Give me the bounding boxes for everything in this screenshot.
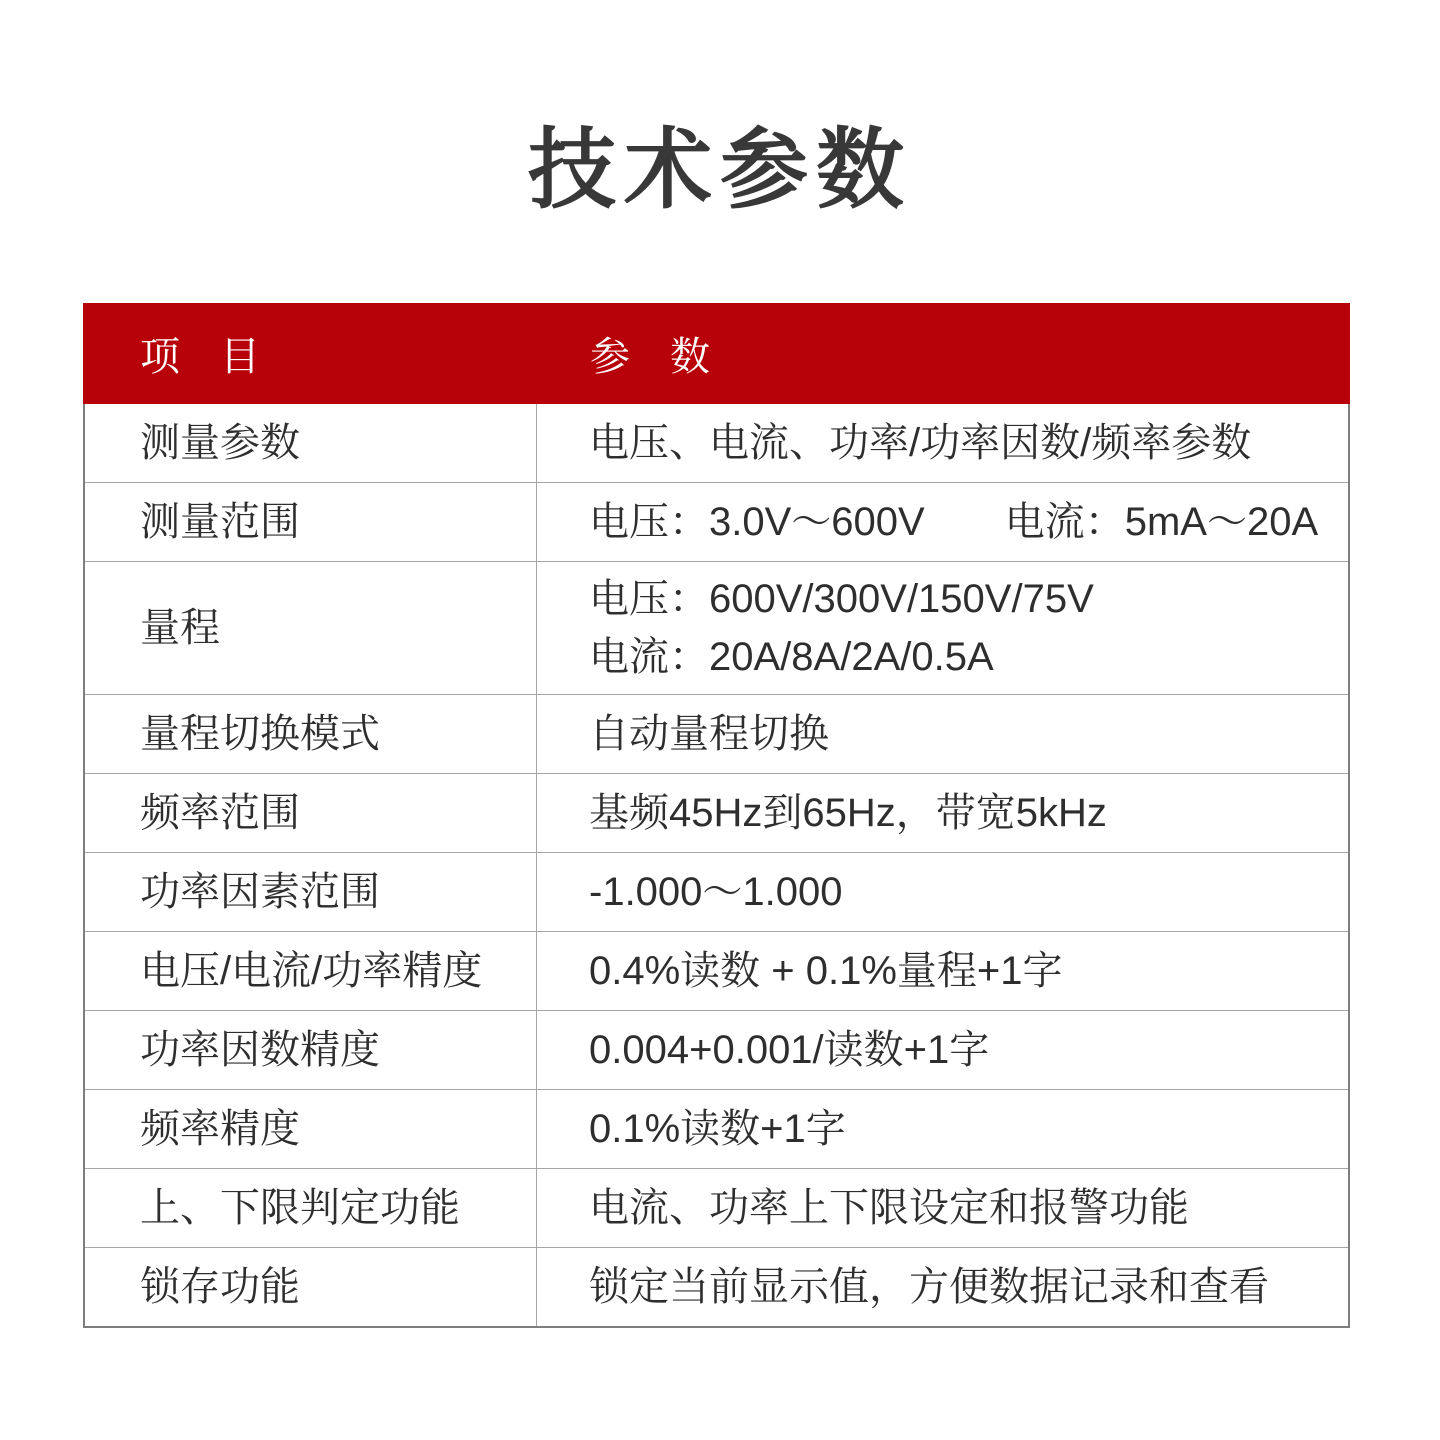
header-cell-item: 项 目: [83, 325, 537, 382]
item-cell: 频率精度: [85, 1090, 537, 1168]
item-cell: 量程: [85, 562, 537, 694]
item-cell: 电压/电流/功率精度: [85, 932, 537, 1010]
item-cell: 量程切换模式: [85, 695, 537, 773]
param-cell: 电压：3.0V～600V 电流：5mA～20A: [537, 483, 1348, 561]
param-cell: 0.4%读数 + 0.1%量程+1字: [537, 932, 1348, 1010]
table-row: 功率因数精度0.004+0.001/读数+1字: [85, 1011, 1348, 1090]
item-cell: 测量参数: [85, 404, 537, 482]
table-row: 频率精度0.1%读数+1字: [85, 1090, 1348, 1169]
spec-sheet-page: 技术参数 项 目 参 数 测量参数电压、电流、功率/功率因数/频率参数测量范围电…: [0, 0, 1440, 1440]
param-cell: 自动量程切换: [537, 695, 1348, 773]
param-cell: 锁定当前显示值，方便数据记录和查看: [537, 1248, 1348, 1326]
param-cell: 电压：600V/300V/150V/75V 电流：20A/8A/2A/0.5A: [537, 562, 1348, 694]
param-cell: 电压、电流、功率/功率因数/频率参数: [537, 404, 1348, 482]
table-row: 功率因素范围-1.000～1.000: [85, 853, 1348, 932]
item-cell: 锁存功能: [85, 1248, 537, 1326]
table-body: 测量参数电压、电流、功率/功率因数/频率参数测量范围电压：3.0V～600V 电…: [83, 404, 1350, 1328]
table-row: 量程切换模式自动量程切换: [85, 695, 1348, 774]
table-header-row: 项 目 参 数: [83, 303, 1350, 404]
param-cell: 0.004+0.001/读数+1字: [537, 1011, 1348, 1089]
item-cell: 上、下限判定功能: [85, 1169, 537, 1247]
header-cell-param: 参 数: [537, 325, 1350, 382]
spec-table: 项 目 参 数 测量参数电压、电流、功率/功率因数/频率参数测量范围电压：3.0…: [83, 303, 1350, 1328]
table-row: 量程电压：600V/300V/150V/75V 电流：20A/8A/2A/0.5…: [85, 562, 1348, 695]
param-cell: -1.000～1.000: [537, 853, 1348, 931]
param-cell: 电流、功率上下限设定和报警功能: [537, 1169, 1348, 1247]
table-row: 测量参数电压、电流、功率/功率因数/频率参数: [85, 404, 1348, 483]
param-cell: 基频45Hz到65Hz，带宽5kHz: [537, 774, 1348, 852]
item-cell: 频率范围: [85, 774, 537, 852]
page-title: 技术参数: [0, 118, 1440, 222]
item-cell: 测量范围: [85, 483, 537, 561]
param-cell: 0.1%读数+1字: [537, 1090, 1348, 1168]
table-row: 锁存功能锁定当前显示值，方便数据记录和查看: [85, 1248, 1348, 1326]
item-cell: 功率因素范围: [85, 853, 537, 931]
table-row: 频率范围基频45Hz到65Hz，带宽5kHz: [85, 774, 1348, 853]
table-row: 测量范围电压：3.0V～600V 电流：5mA～20A: [85, 483, 1348, 562]
table-row: 上、下限判定功能电流、功率上下限设定和报警功能: [85, 1169, 1348, 1248]
item-cell: 功率因数精度: [85, 1011, 537, 1089]
table-row: 电压/电流/功率精度0.4%读数 + 0.1%量程+1字: [85, 932, 1348, 1011]
